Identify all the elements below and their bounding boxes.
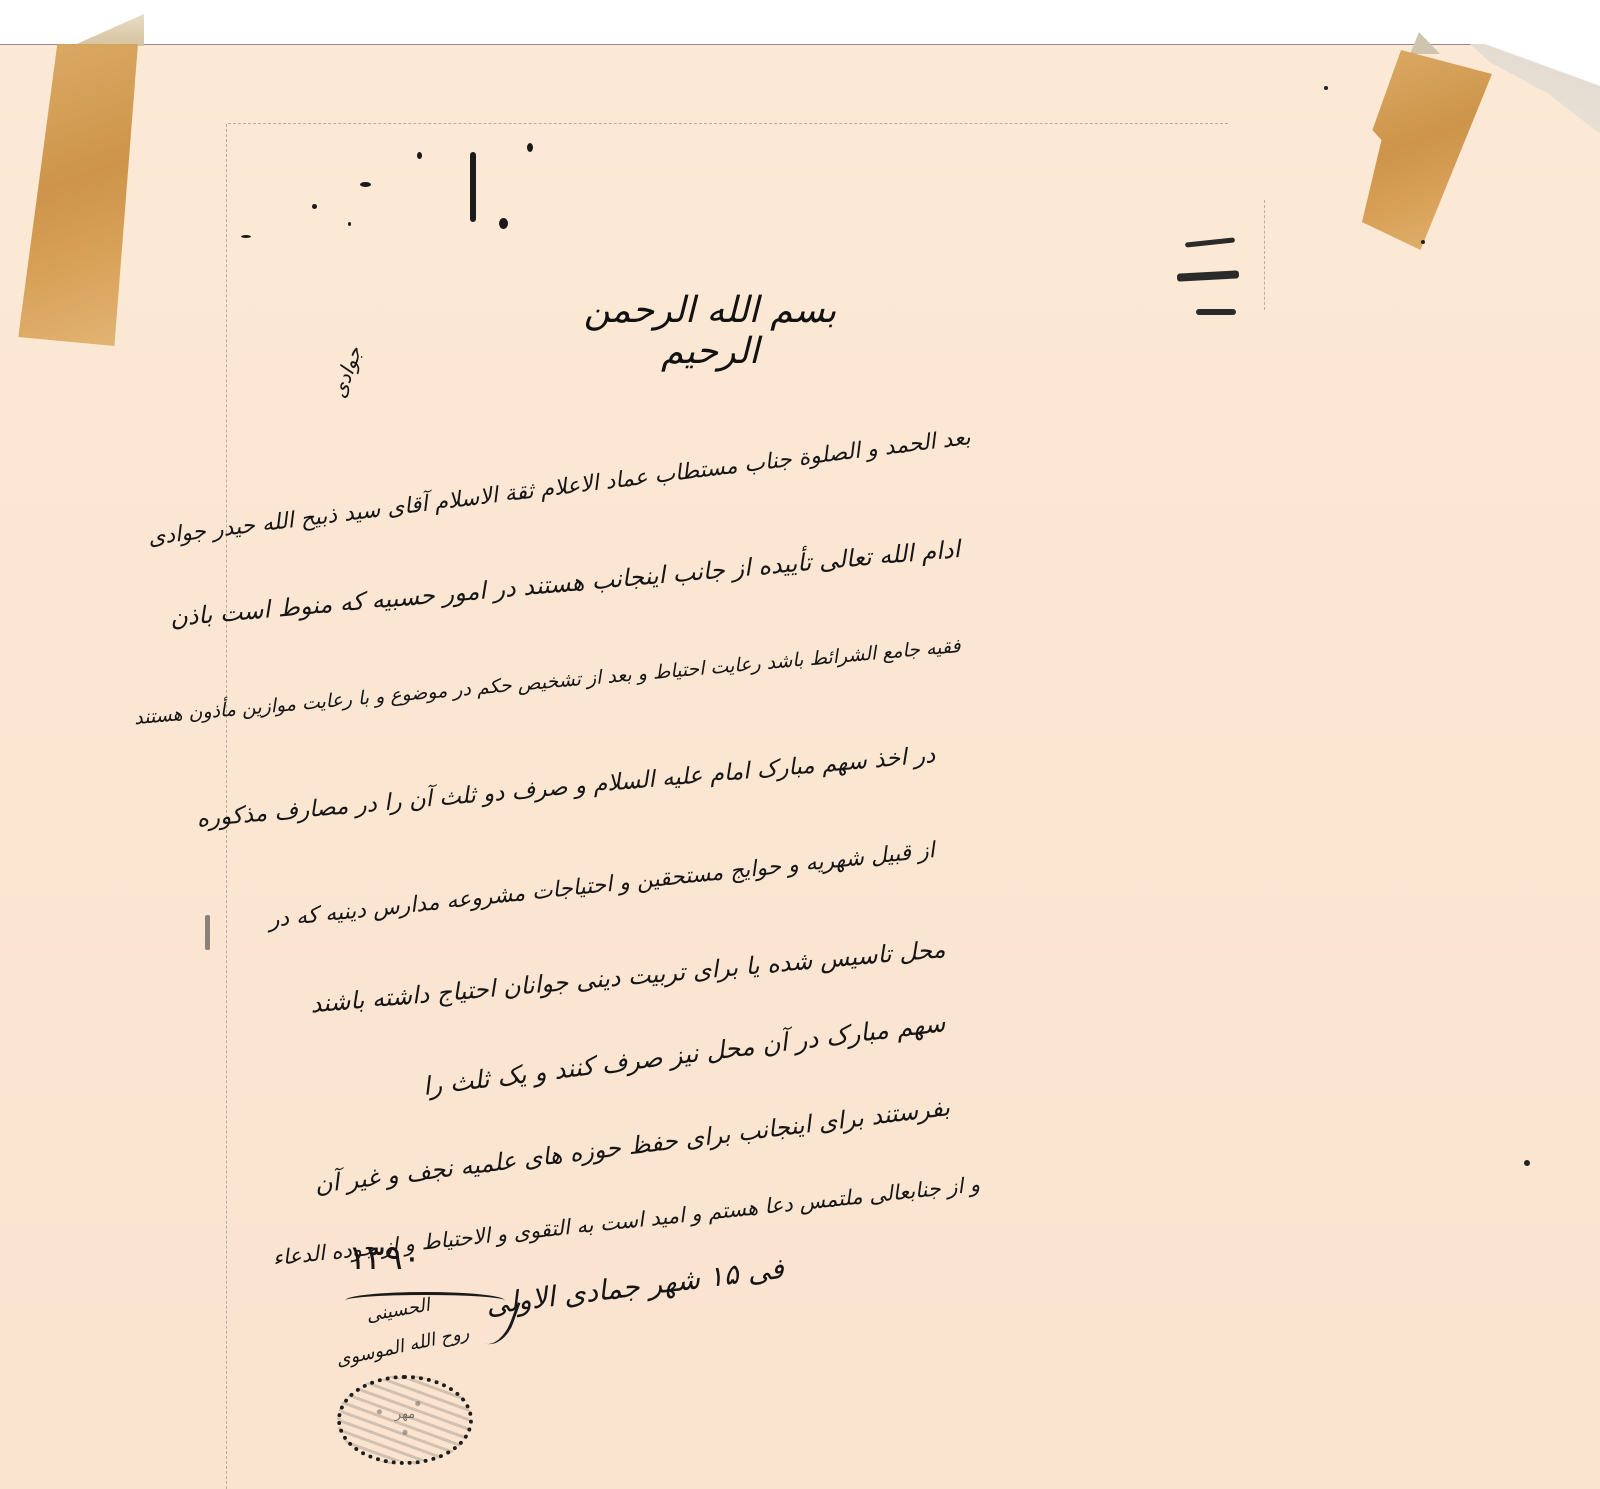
oval-seal-stamp: مهر [337, 1375, 473, 1465]
basmala-heading: بسم الله الرحمن الرحیم [540, 290, 880, 372]
ink-speck [527, 143, 533, 152]
ink-speck [499, 218, 508, 229]
ink-speck [312, 204, 317, 209]
seal-text: مهر [341, 1407, 469, 1422]
ink-speck [360, 182, 371, 187]
photocopy-frame-top [228, 123, 1228, 124]
margin-dash-3 [1196, 309, 1236, 315]
margin-smudge [205, 915, 210, 950]
stray-dot [1421, 240, 1425, 244]
stray-dot [1324, 86, 1328, 90]
ink-speck [417, 152, 422, 159]
photocopy-frame-right [1264, 200, 1265, 310]
ink-speck [348, 222, 351, 226]
stray-dot [1524, 1160, 1530, 1166]
ink-stroke-top-vertical [470, 152, 476, 222]
hijri-year: ۱۳۹۰ [348, 1238, 421, 1278]
ink-speck [241, 235, 251, 238]
